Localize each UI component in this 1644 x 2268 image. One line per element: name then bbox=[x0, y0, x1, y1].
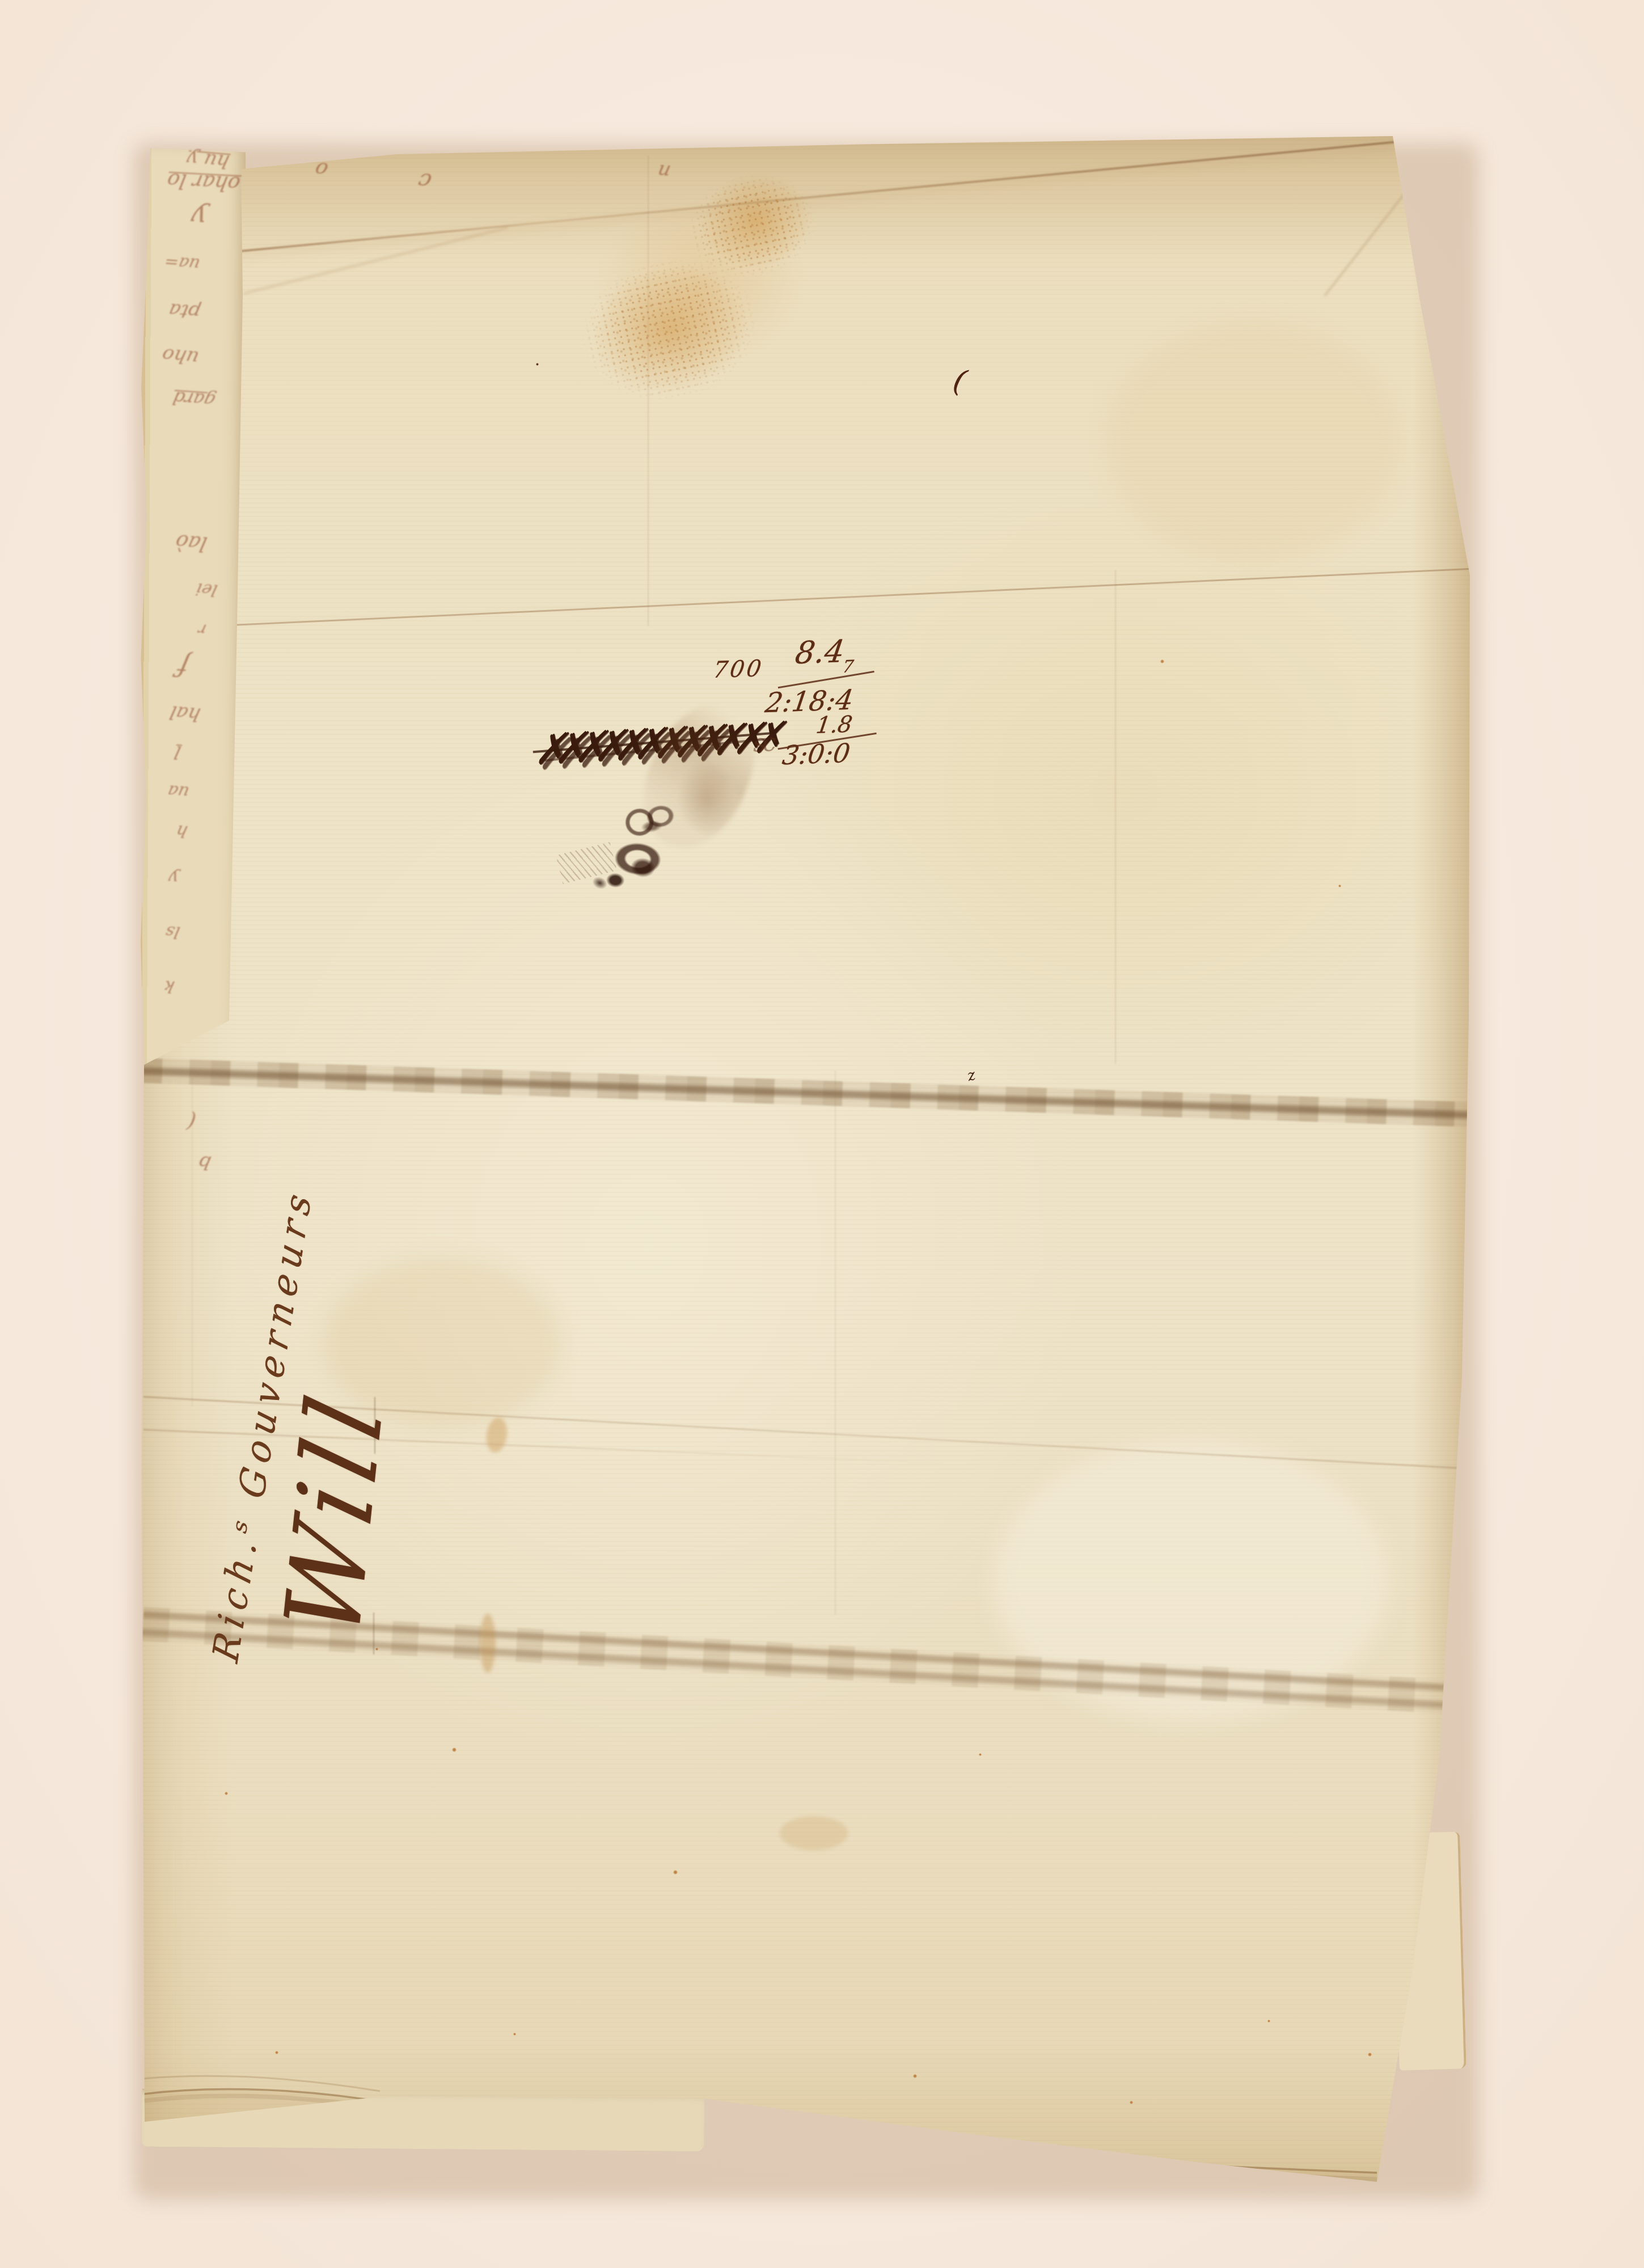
foxing-spot bbox=[673, 1870, 678, 1875]
foxing-spot bbox=[1368, 2053, 1372, 2057]
photograph-of-manuscript: { "colors": { "background": "#f8ece1", "… bbox=[0, 0, 1644, 2268]
foxing-spot bbox=[275, 2051, 278, 2054]
foxing-spot bbox=[1267, 2020, 1270, 2022]
foxing-spot bbox=[913, 2074, 917, 2078]
foxing-spot bbox=[513, 2033, 516, 2036]
foxing-spot bbox=[375, 1648, 378, 1651]
foxing-spot bbox=[536, 363, 539, 366]
foxing-spot bbox=[1130, 2101, 1133, 2104]
foxing-spot bbox=[979, 1753, 982, 1756]
foxing-spot bbox=[225, 1792, 228, 1795]
foxing-spots-layer bbox=[0, 0, 1644, 2268]
foxing-spot bbox=[1338, 885, 1341, 887]
foxing-spot bbox=[452, 1747, 457, 1752]
foxing-spot bbox=[1160, 659, 1164, 663]
